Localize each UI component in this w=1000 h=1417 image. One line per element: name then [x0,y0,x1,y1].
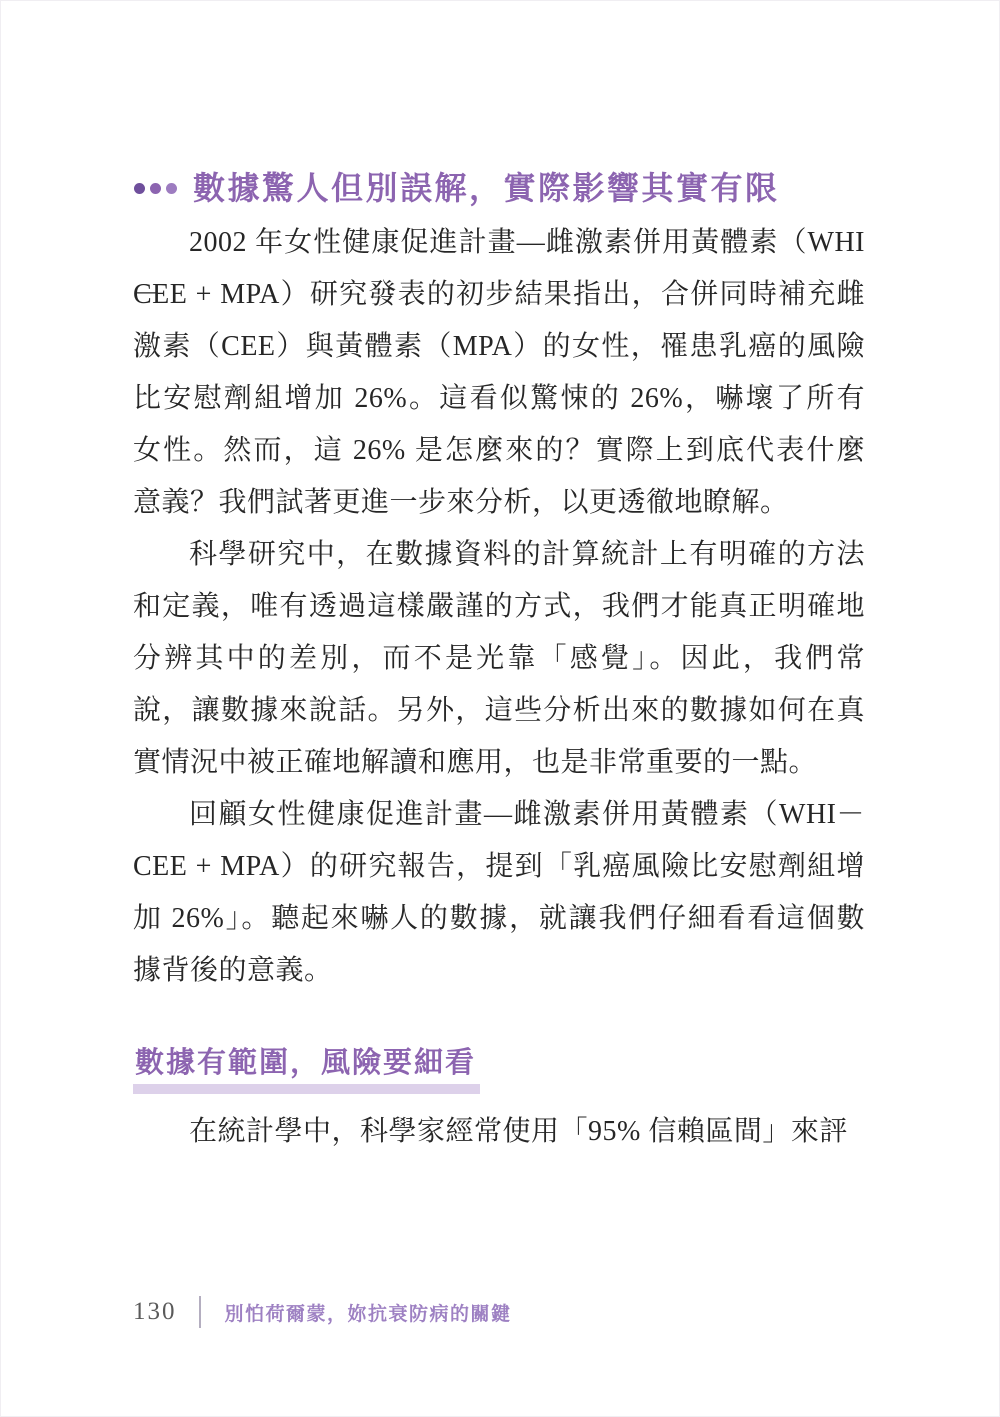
body-text-block: 2002 年女性健康促進計畫—雌激素併用黃體素（WHI－ CEE + MPA）研… [133,217,865,997]
page-footer: 130 別怕荷爾蒙，妳抗衰防病的關鍵 [133,1296,512,1328]
paragraph1-line: 2002 年女性健康促進計畫—雌激素併用黃體素（WHI－ [133,217,865,269]
footer-book-title: 別怕荷爾蒙，妳抗衰防病的關鍵 [225,1299,512,1326]
paragraph1-line: 女性。然而，這 26% 是怎麼來的？實際上到底代表什麼 [133,425,865,477]
paragraph1-line: 激素（CEE）與黃體素（MPA）的女性，罹患乳癌的風險 [133,321,865,373]
body-text-block-2: 在統計學中，科學家經常使用「95% 信賴區間」來評 [133,1106,865,1158]
paragraph2-line: 和定義，唯有透過這樣嚴謹的方式，我們才能真正明確地 [133,581,865,633]
page-number: 130 [133,1298,177,1326]
sub-heading-row: 數據有範圍，風險要細看 [133,1040,480,1094]
paragraph3-line: 加 26%」。聽起來嚇人的數據，就讓我們仔細看看這個數 [133,893,865,945]
triple-dot-icon [134,183,177,194]
paragraph3-line: 回顧女性健康促進計畫—雌激素併用黃體素（WHI－ [133,789,865,841]
footer-divider [199,1296,201,1328]
paragraph3-line: 據背後的意義。 [133,945,865,997]
paragraph1-line: 意義？我們試著更進一步來分析，以更透徹地瞭解。 [133,477,865,529]
section-heading: 數據驚人但別誤解，實際影響其實有限 [193,163,780,209]
paragraph2-line: 實情況中被正確地解讀和應用，也是非常重要的一點。 [133,737,865,789]
paragraph3-line: CEE + MPA）的研究報告，提到「乳癌風險比安慰劑組增 [133,841,865,893]
paragraph2-line: 科學研究中，在數據資料的計算統計上有明確的方法 [133,529,865,581]
sub-heading: 數據有範圍，風險要細看 [133,1040,480,1094]
paragraph1-line: CEE + MPA）研究發表的初步結果指出，合併同時補充雌 [133,269,865,321]
paragraph2-line: 分辨其中的差別，而不是光靠「感覺」。因此，我們常 [133,633,865,685]
paragraph2-line: 說，讓數據來說話。另外，這些分析出來的數據如何在真 [133,685,865,737]
paragraph1-line: 比安慰劑組增加 26%。這看似驚悚的 26%，嚇壞了所有 [133,373,865,425]
paragraph4-line: 在統計學中，科學家經常使用「95% 信賴區間」來評 [133,1106,865,1158]
section-heading-row: 數據驚人但別誤解，實際影響其實有限 [134,163,874,209]
